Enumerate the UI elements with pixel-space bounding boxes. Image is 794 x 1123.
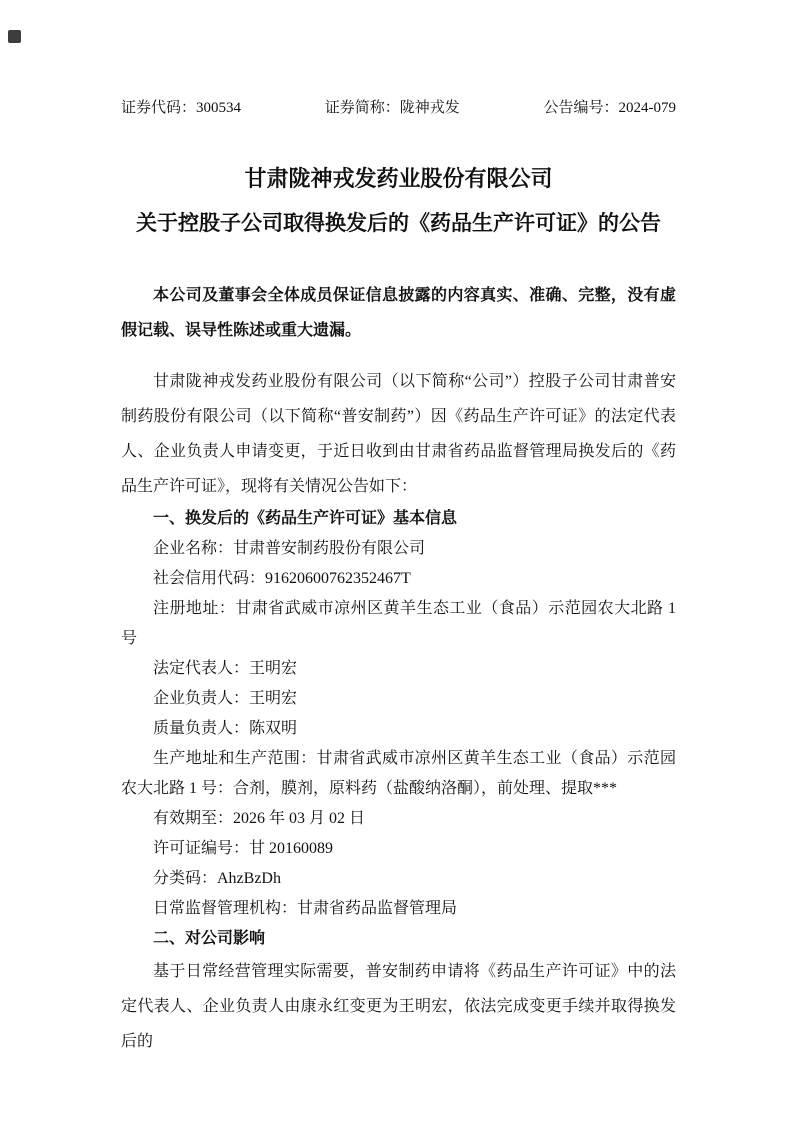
intro-paragraph: 甘肃陇神戎发药业股份有限公司（以下简称“公司”）控股子公司甘肃普安制药股份有限公… bbox=[121, 364, 676, 504]
license-info-valid-until: 有效期至：2026 年 03 月 02 日 bbox=[121, 804, 676, 834]
company-name-title: 甘肃陇神戎发药业股份有限公司 bbox=[121, 164, 676, 194]
license-info-enterprise-head: 企业负责人：王明宏 bbox=[121, 684, 676, 714]
document-content: 证券代码：300534 证券简称：陇神戎发 公告编号：2024-079 甘肃陇神… bbox=[121, 0, 676, 1059]
securities-header-row: 证券代码：300534 证券简称：陇神戎发 公告编号：2024-079 bbox=[121, 98, 676, 118]
stock-code: 证券代码：300534 bbox=[121, 98, 241, 118]
stock-short-name: 证券简称：陇神戎发 bbox=[325, 98, 460, 118]
section1-heading: 一、换发后的《药品生产许可证》基本信息 bbox=[121, 504, 676, 534]
license-info-credit-code: 社会信用代码：91620600762352467T bbox=[121, 564, 676, 594]
impact-paragraph: 基于日常经营管理实际需要，普安制药申请将《药品生产许可证》中的法定代表人、企业负… bbox=[121, 954, 676, 1059]
section2-heading: 二、对公司影响 bbox=[121, 924, 676, 954]
license-info-classification-code: 分类码：AhzBzDh bbox=[121, 864, 676, 894]
license-info-production-scope: 生产地址和生产范围：甘肃省武威市凉州区黄羊生态工业（食品）示范园农大北路 1 号… bbox=[121, 744, 676, 804]
license-info-registered-address: 注册地址：甘肃省武威市凉州区黄羊生态工业（食品）示范园农大北路 1 号 bbox=[121, 594, 676, 654]
board-disclaimer: 本公司及董事会全体成员保证信息披露的内容真实、准确、完整，没有虚假记载、误导性陈… bbox=[121, 278, 676, 348]
license-info-legal-representative: 法定代表人：王明宏 bbox=[121, 654, 676, 684]
announcement-document-page: 证券代码：300534 证券简称：陇神戎发 公告编号：2024-079 甘肃陇神… bbox=[0, 0, 794, 1123]
license-info-quality-head: 质量负责人：陈双明 bbox=[121, 714, 676, 744]
announcement-number: 公告编号：2024-079 bbox=[544, 98, 677, 118]
page-corner-mark bbox=[8, 30, 21, 43]
license-info-license-number: 许可证编号：甘 20160089 bbox=[121, 834, 676, 864]
license-info-company-name: 企业名称：甘肃普安制药股份有限公司 bbox=[121, 534, 676, 564]
announcement-title: 关于控股子公司取得换发后的《药品生产许可证》的公告 bbox=[121, 208, 676, 238]
license-info-supervisory-authority: 日常监督管理机构：甘肃省药品监督管理局 bbox=[121, 894, 676, 924]
